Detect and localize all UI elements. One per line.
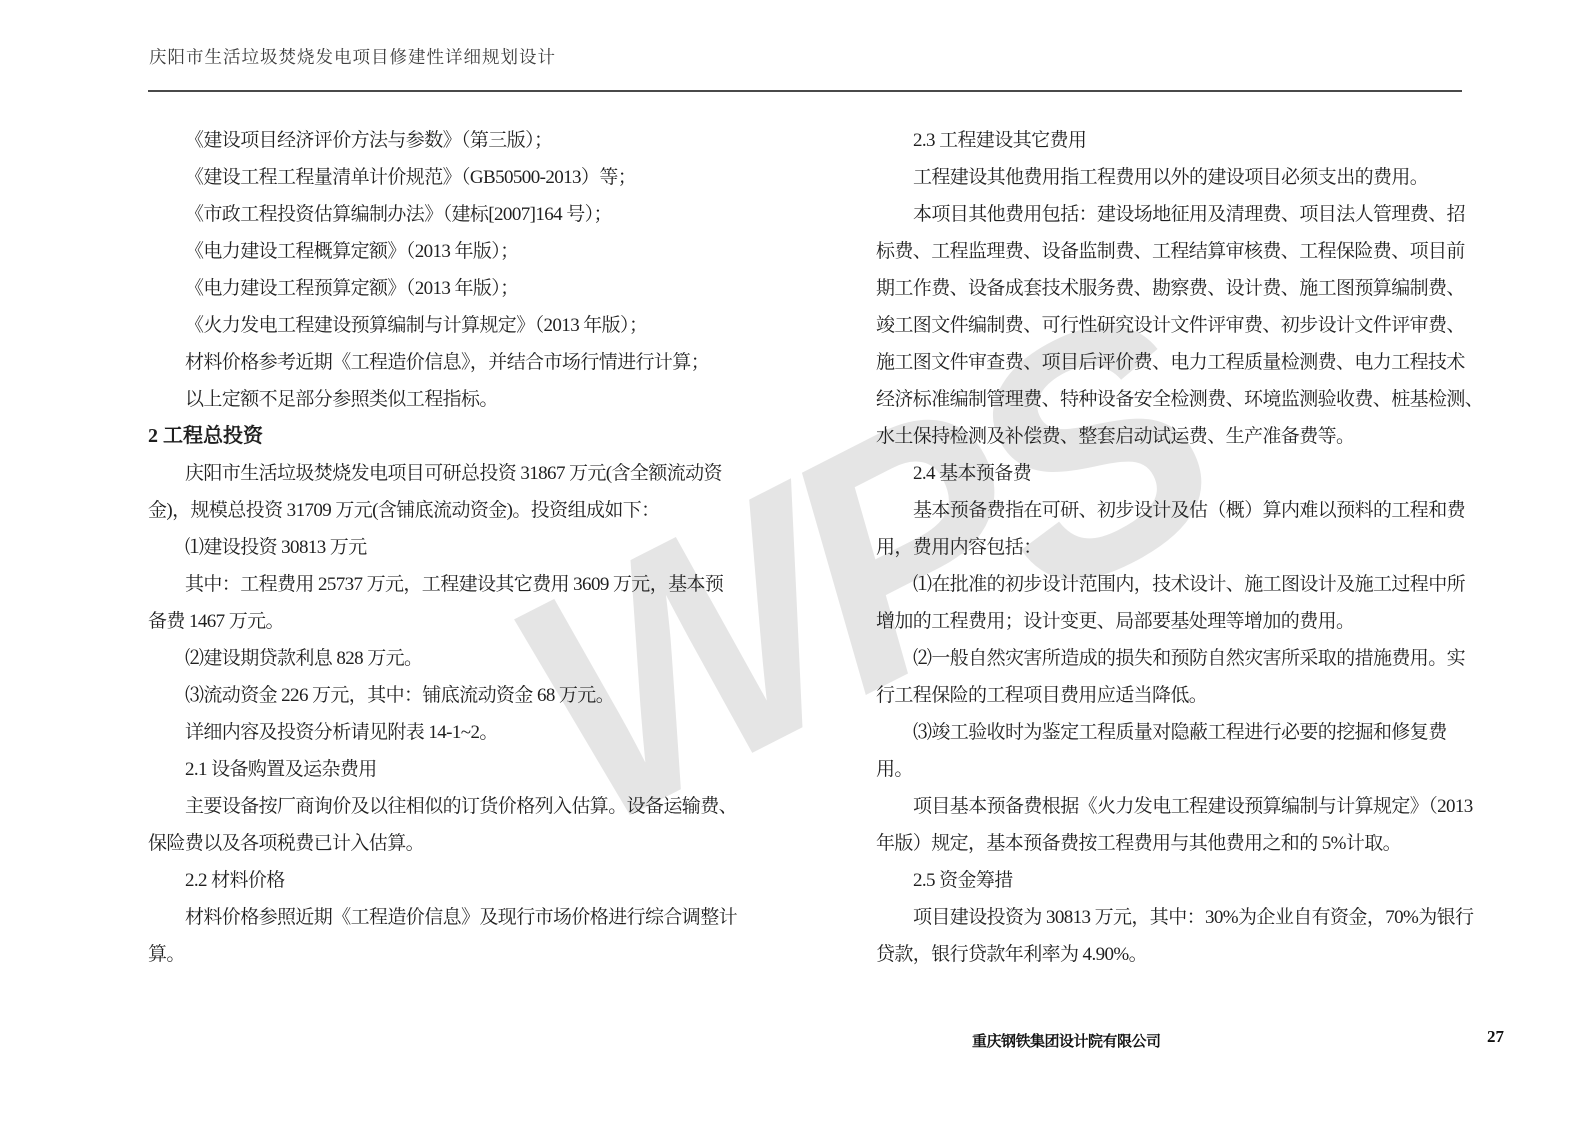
text-line: 用，费用内容包括： [876, 529, 1468, 566]
text-line: 基本预备费指在可研、初步设计及估（概）算内难以预料的工程和费 [876, 492, 1468, 529]
text-line: 主要设备按厂商询价及以往相似的订货价格列入估算。设备运输费、 [148, 788, 740, 825]
text-line: 《电力建设工程预算定额》（2013 年版）； [148, 270, 740, 307]
text-line: ⑴建设投资 30813 万元 [148, 529, 740, 566]
text-line: 施工图文件审查费、项目后评价费、电力工程质量检测费、电力工程技术 [876, 344, 1468, 381]
text-line: 经济标准编制管理费、特种设备安全检测费、环境监测验收费、桩基检测、 [876, 381, 1468, 418]
header-divider [148, 90, 1462, 92]
text-line: 材料价格参考近期《工程造价信息》，并结合市场行情进行计算； [148, 344, 740, 381]
text-line: 用。 [876, 751, 1468, 788]
text-line: 详细内容及投资分析请见附表 14-1~2。 [148, 714, 740, 751]
footer-company-name: 重庆钢铁集团设计院有限公司 [972, 1030, 1161, 1051]
text-line: 保险费以及各项税费已计入估算。 [148, 825, 740, 862]
text-line: 庆阳市生活垃圾焚烧发电项目可研总投资 31867 万元(含全额流动资 [148, 455, 740, 492]
text-line: 标费、工程监理费、设备监制费、工程结算审核费、工程保险费、项目前 [876, 233, 1468, 270]
text-line: 项目基本预备费根据《火力发电工程建设预算编制与计算规定》（2013 [876, 788, 1468, 825]
text-line: 贷款，银行贷款年利率为 4.90%。 [876, 936, 1468, 973]
text-line: 竣工图文件编制费、可行性研究设计文件评审费、初步设计文件评审费、 [876, 307, 1468, 344]
text-line: ⑴在批准的初步设计范围内，技术设计、施工图设计及施工过程中所 [876, 566, 1468, 603]
text-line: 《火力发电工程建设预算编制与计算规定》（2013 年版）； [148, 307, 740, 344]
text-line: 2.4 基本预备费 [876, 455, 1468, 492]
section-heading: 2 工程总投资 [148, 418, 740, 455]
text-line: 增加的工程费用；设计变更、局部要基处理等增加的费用。 [876, 603, 1468, 640]
text-line: ⑵建设期贷款利息 828 万元。 [148, 640, 740, 677]
text-line: 水土保持检测及补偿费、整套启动试运费、生产准备费等。 [876, 418, 1468, 455]
text-line: 以上定额不足部分参照类似工程指标。 [148, 381, 740, 418]
text-line: 工程建设其他费用指工程费用以外的建设项目必须支出的费用。 [876, 159, 1468, 196]
text-line: 算。 [148, 936, 740, 973]
text-line: 2.1 设备购置及运杂费用 [148, 751, 740, 788]
text-line: 年版）规定，基本预备费按工程费用与其他费用之和的 5%计取。 [876, 825, 1468, 862]
left-text-column: 《建设项目经济评价方法与参数》（第三版）；《建设工程工程量清单计价规范》（GB5… [148, 122, 740, 973]
page-header-title: 庆阳市生活垃圾焚烧发电项目修建性详细规划设计 [149, 44, 556, 69]
text-line: 期工作费、设备成套技术服务费、勘察费、设计费、施工图预算编制费、 [876, 270, 1468, 307]
text-line: 本项目其他费用包括：建设场地征用及清理费、项目法人管理费、招 [876, 196, 1468, 233]
text-line: 备费 1467 万元。 [148, 603, 740, 640]
text-line: 《建设项目经济评价方法与参数》（第三版）； [148, 122, 740, 159]
footer-page-number: 27 [1487, 1027, 1504, 1047]
text-line: 《建设工程工程量清单计价规范》（GB50500-2013）等； [148, 159, 740, 196]
text-line: 2.5 资金筹措 [876, 862, 1468, 899]
text-line: 行工程保险的工程项目费用应适当降低。 [876, 677, 1468, 714]
text-line: 2.3 工程建设其它费用 [876, 122, 1468, 159]
text-line: ⑶流动资金 226 万元，其中：铺底流动资金 68 万元。 [148, 677, 740, 714]
text-line: 《市政工程投资估算编制办法》（建标[2007]164 号）； [148, 196, 740, 233]
text-line: 金)，规模总投资 31709 万元(含铺底流动资金)。投资组成如下： [148, 492, 740, 529]
right-text-column: 2.3 工程建设其它费用工程建设其他费用指工程费用以外的建设项目必须支出的费用。… [876, 122, 1468, 973]
text-line: 其中：工程费用 25737 万元，工程建设其它费用 3609 万元，基本预 [148, 566, 740, 603]
text-line: 项目建设投资为 30813 万元，其中：30%为企业自有资金，70%为银行 [876, 899, 1468, 936]
text-line: ⑵一般自然灾害所造成的损失和预防自然灾害所采取的措施费用。实 [876, 640, 1468, 677]
document-page: 庆阳市生活垃圾焚烧发电项目修建性详细规划设计 WPS 《建设项目经济评价方法与参… [0, 0, 1587, 1122]
text-line: 《电力建设工程概算定额》（2013 年版）； [148, 233, 740, 270]
text-line: ⑶竣工验收时为鉴定工程质量对隐蔽工程进行必要的挖掘和修复费 [876, 714, 1468, 751]
text-line: 2.2 材料价格 [148, 862, 740, 899]
text-line: 材料价格参照近期《工程造价信息》及现行市场价格进行综合调整计 [148, 899, 740, 936]
